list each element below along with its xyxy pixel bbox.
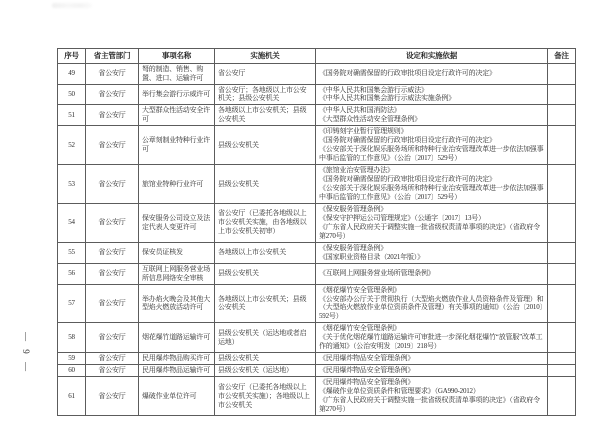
- table-row: 52 省公安厅 公章刻制业特种行业许可 县级公安机关 《印铸刻字业暂行管理规则》…: [58, 126, 576, 165]
- basis-entry: 《保安守护押运公司管理规定》（公通字〔2017〕13号）: [319, 214, 544, 223]
- cell-dept: 省公安厅: [86, 284, 139, 323]
- table-row: 55 省公安厅 保安员证核发 各地级以上市公安机关 《保安服务管理条例》《国家职…: [58, 242, 576, 263]
- basis-entry: 《公安部关于深化娱乐服务场所和特种行业治安管理改革进一步依法加强事中事后监管的工…: [319, 145, 544, 163]
- cell-basis: 《烟花爆竹安全管理条例》《公安部办公厅关于贯彻执行（大型焰火燃放作业人员资格条件…: [316, 284, 548, 323]
- cell-agency: 县级公安机关: [215, 353, 316, 365]
- cell-seq: 50: [58, 84, 86, 105]
- cell-basis: 《保安服务管理条例》《保安守护押运公司管理规定》（公通字〔2017〕13号）《广…: [316, 203, 548, 242]
- cell-basis: 《中华人民共和国消防法》《大型群众性活动安全管理条例》: [316, 105, 548, 126]
- basis-entry: 《公安部办公厅关于贯彻执行（大型焰火燃放作业人员资格条件及管理）和（大型焰火燃放…: [319, 295, 544, 322]
- cell-seq: 61: [58, 377, 86, 416]
- cell-agency: 各地级以上市公安机关；县级公安机关: [215, 284, 316, 323]
- cell-item: 弩的制造、销售、购置、进口、运输许可: [139, 63, 215, 84]
- cell-item: 旅馆业特种行业许可: [139, 165, 215, 204]
- cell-item: 烟花爆竹道路运输许可: [139, 323, 215, 353]
- cell-dept: 省公安厅: [86, 263, 139, 284]
- basis-entry: 《民用爆炸物品安全管理条例》: [319, 378, 544, 387]
- basis-entry: 《民用爆炸物品安全管理条例》: [319, 354, 544, 363]
- basis-entry: 《烟花爆竹安全管理条例》: [319, 286, 544, 295]
- table-row: 60 省公安厅 民用爆炸物品运输许可 县级公安机关（运达地） 《民用爆炸物品安全…: [58, 365, 576, 377]
- cell-basis: 《印铸刻字业暂行管理规则》《国务院对确需保留的行政审批项目设定行政许可的决定》《…: [316, 126, 548, 165]
- cell-dept: 省公安厅: [86, 63, 139, 84]
- permit-table: 序号 省主管部门 事项名称 实施机关 设定和实施依据 备注 49 省公安厅 弩的…: [57, 48, 576, 416]
- basis-entry: 《民用爆炸物品安全管理条例》: [319, 366, 544, 375]
- table-header-row: 序号 省主管部门 事项名称 实施机关 设定和实施依据 备注: [58, 49, 576, 64]
- table-row: 53 省公安厅 旅馆业特种行业许可 县级公安机关 《旅馆业治安管理办法》《国务院…: [58, 165, 576, 204]
- basis-entry: 《广东省人民政府关于调整实施一批省级权责清单事项的决定》（省政府令第270号）: [319, 223, 544, 241]
- cell-basis: 《中华人民共和国集会游行示威法》《中华人民共和国集会游行示威法实施条例》: [316, 84, 548, 105]
- cell-agency: 各地级以上市公安机关；县级公安机关: [215, 105, 316, 126]
- permit-table-container: 序号 省主管部门 事项名称 实施机关 设定和实施依据 备注 49 省公安厅 弩的…: [57, 48, 575, 416]
- cell-basis: 《民用爆炸物品安全管理条例》《爆破作业单位资质条件和管理要求》（GA990-20…: [316, 377, 548, 416]
- table-row: 50 省公安厅 举行集会游行示威许可 省公安厅；各地级以上市公安机关；县级公安机…: [58, 84, 576, 105]
- cell-agency: 县级公安机关（运达地）: [215, 365, 316, 377]
- cell-dept: 省公安厅: [86, 105, 139, 126]
- basis-entry: 《保安服务管理条例》: [319, 205, 544, 214]
- cell-note: [548, 377, 576, 416]
- cell-item: 民用爆炸物品购买许可: [139, 353, 215, 365]
- cell-agency: 省公安厅（已委托各地级以上市公安机关实施，由各地级以上市公安机关初审）: [215, 203, 316, 242]
- cell-agency: 各地级以上市公安机关: [215, 242, 316, 263]
- basis-entry: 《关于优化烟花爆竹道路运输许可审批进一步深化烟花爆竹“放管服”改革工作的通知》（…: [319, 333, 544, 351]
- header-seq: 序号: [58, 49, 86, 64]
- header-basis: 设定和实施依据: [316, 49, 548, 64]
- basis-entry: 《中华人民共和国集会游行示威法实施条例》: [319, 94, 544, 103]
- cell-basis: 《旅馆业治安管理办法》《国务院对确需保留的行政审批项目设定行政许可的决定》《公安…: [316, 165, 548, 204]
- cell-note: [548, 165, 576, 204]
- cell-seq: 55: [58, 242, 86, 263]
- cell-note: [548, 203, 576, 242]
- cell-note: [548, 84, 576, 105]
- cell-agency: 省公安厅（已委托各地级以上市公安机关实施）；各地级以上市公安机关: [215, 377, 316, 416]
- cell-seq: 51: [58, 105, 86, 126]
- cell-dept: 省公安厅: [86, 242, 139, 263]
- cell-dept: 省公安厅: [86, 165, 139, 204]
- scan-artifact: [52, 3, 92, 8]
- cell-item: 举行集会游行示威许可: [139, 84, 215, 105]
- basis-entry: 《公安部关于深化娱乐服务场所和特种行业治安管理改革进一步依法加强事中事后监管的工…: [319, 184, 544, 202]
- table-row: 54 省公安厅 保安服务公司设立及法定代表人变更许可 省公安厅（已委托各地级以上…: [58, 203, 576, 242]
- cell-basis: 《民用爆炸物品安全管理条例》: [316, 365, 548, 377]
- cell-note: [548, 365, 576, 377]
- cell-item: 互联网上网服务营业场所信息网络安全审核: [139, 263, 215, 284]
- cell-basis: 《民用爆炸物品安全管理条例》: [316, 353, 548, 365]
- cell-seq: 49: [58, 63, 86, 84]
- cell-basis: 《互联网上网服务营业场所管理条例》: [316, 263, 548, 284]
- cell-seq: 60: [58, 365, 86, 377]
- cell-note: [548, 263, 576, 284]
- table-row: 58 省公安厅 烟花爆竹道路运输许可 县级公安机关（运达地或者启运地） 《烟花爆…: [58, 323, 576, 353]
- basis-entry: 《保安服务管理条例》: [319, 244, 544, 253]
- cell-seq: 54: [58, 203, 86, 242]
- basis-entry: 《国家职业资格目录（2021年版）》: [319, 253, 544, 262]
- cell-seq: 59: [58, 353, 86, 365]
- cell-seq: 52: [58, 126, 86, 165]
- cell-dept: 省公安厅: [86, 203, 139, 242]
- table-row: 51 省公安厅 大型群众性活动安全许可 各地级以上市公安机关；县级公安机关 《中…: [58, 105, 576, 126]
- cell-agency: 县级公安机关（运达地或者启运地）: [215, 323, 316, 353]
- cell-basis: 《保安服务管理条例》《国家职业资格目录（2021年版）》: [316, 242, 548, 263]
- table-row: 57 省公安厅 举办焰火晚会及其他大型焰火燃放活动许可 各地级以上市公安机关；县…: [58, 284, 576, 323]
- basis-entry: 《广东省人民政府关于调整实施一批省级权责清单事项的决定》（省政府令第270号）: [319, 396, 544, 414]
- cell-item: 保安员证核发: [139, 242, 215, 263]
- cell-note: [548, 284, 576, 323]
- table-row: 59 省公安厅 民用爆炸物品购买许可 县级公安机关 《民用爆炸物品安全管理条例》: [58, 353, 576, 365]
- cell-note: [548, 63, 576, 84]
- cell-agency: 省公安厅；各地级以上市公安机关；县级公安机关: [215, 84, 316, 105]
- table-row: 49 省公安厅 弩的制造、销售、购置、进口、运输许可 省公安厅 《国务院对确需保…: [58, 63, 576, 84]
- table-row: 61 省公安厅 爆破作业单位许可 省公安厅（已委托各地级以上市公安机关实施）；各…: [58, 377, 576, 416]
- cell-agency: 县级公安机关: [215, 165, 316, 204]
- cell-basis: 《国务院对确需保留的行政审批项目设定行政许可的决定》: [316, 63, 548, 84]
- cell-seq: 58: [58, 323, 86, 353]
- basis-entry: 《互联网上网服务营业场所管理条例》: [319, 269, 544, 278]
- basis-entry: 《印铸刻字业暂行管理规则》: [319, 127, 544, 136]
- cell-note: [548, 105, 576, 126]
- cell-basis: 《烟花爆竹安全管理条例》《关于优化烟花爆竹道路运输许可审批进一步深化烟花爆竹“放…: [316, 323, 548, 353]
- basis-entry: 《国务院对确需保留的行政审批项目设定行政许可的决定》: [319, 69, 544, 78]
- header-dept: 省主管部门: [86, 49, 139, 64]
- cell-agency: 省公安厅: [215, 63, 316, 84]
- cell-item: 大型群众性活动安全许可: [139, 105, 215, 126]
- cell-item: 爆破作业单位许可: [139, 377, 215, 416]
- header-item: 事项名称: [139, 49, 215, 64]
- cell-item: 公章刻制业特种行业许可: [139, 126, 215, 165]
- cell-item: 民用爆炸物品运输许可: [139, 365, 215, 377]
- header-note: 备注: [548, 49, 576, 64]
- header-agency: 实施机关: [215, 49, 316, 64]
- cell-note: [548, 126, 576, 165]
- cell-item: 保安服务公司设立及法定代表人变更许可: [139, 203, 215, 242]
- cell-dept: 省公安厅: [86, 365, 139, 377]
- page-number: — 9 —: [21, 332, 31, 374]
- cell-seq: 53: [58, 165, 86, 204]
- basis-entry: 《旅馆业治安管理办法》: [319, 166, 544, 175]
- cell-dept: 省公安厅: [86, 353, 139, 365]
- cell-dept: 省公安厅: [86, 377, 139, 416]
- cell-agency: 县级公安机关: [215, 126, 316, 165]
- cell-dept: 省公安厅: [86, 126, 139, 165]
- cell-agency: 县级公安机关: [215, 263, 316, 284]
- table-row: 56 省公安厅 互联网上网服务营业场所信息网络安全审核 县级公安机关 《互联网上…: [58, 263, 576, 284]
- basis-entry: 《爆破作业单位资质条件和管理要求》（GA990-2012）: [319, 387, 544, 396]
- basis-entry: 《国务院对确需保留的行政审批项目设定行政许可的决定》: [319, 136, 544, 145]
- cell-dept: 省公安厅: [86, 323, 139, 353]
- basis-entry: 《大型群众性活动安全管理条例》: [319, 115, 544, 124]
- cell-seq: 57: [58, 284, 86, 323]
- cell-dept: 省公安厅: [86, 84, 139, 105]
- basis-entry: 《国务院对确需保留的行政审批项目设定行政许可的决定》: [319, 175, 544, 184]
- basis-entry: 《烟花爆竹安全管理条例》: [319, 324, 544, 333]
- cell-note: [548, 242, 576, 263]
- cell-seq: 56: [58, 263, 86, 284]
- cell-note: [548, 353, 576, 365]
- cell-note: [548, 323, 576, 353]
- cell-item: 举办焰火晚会及其他大型焰火燃放活动许可: [139, 284, 215, 323]
